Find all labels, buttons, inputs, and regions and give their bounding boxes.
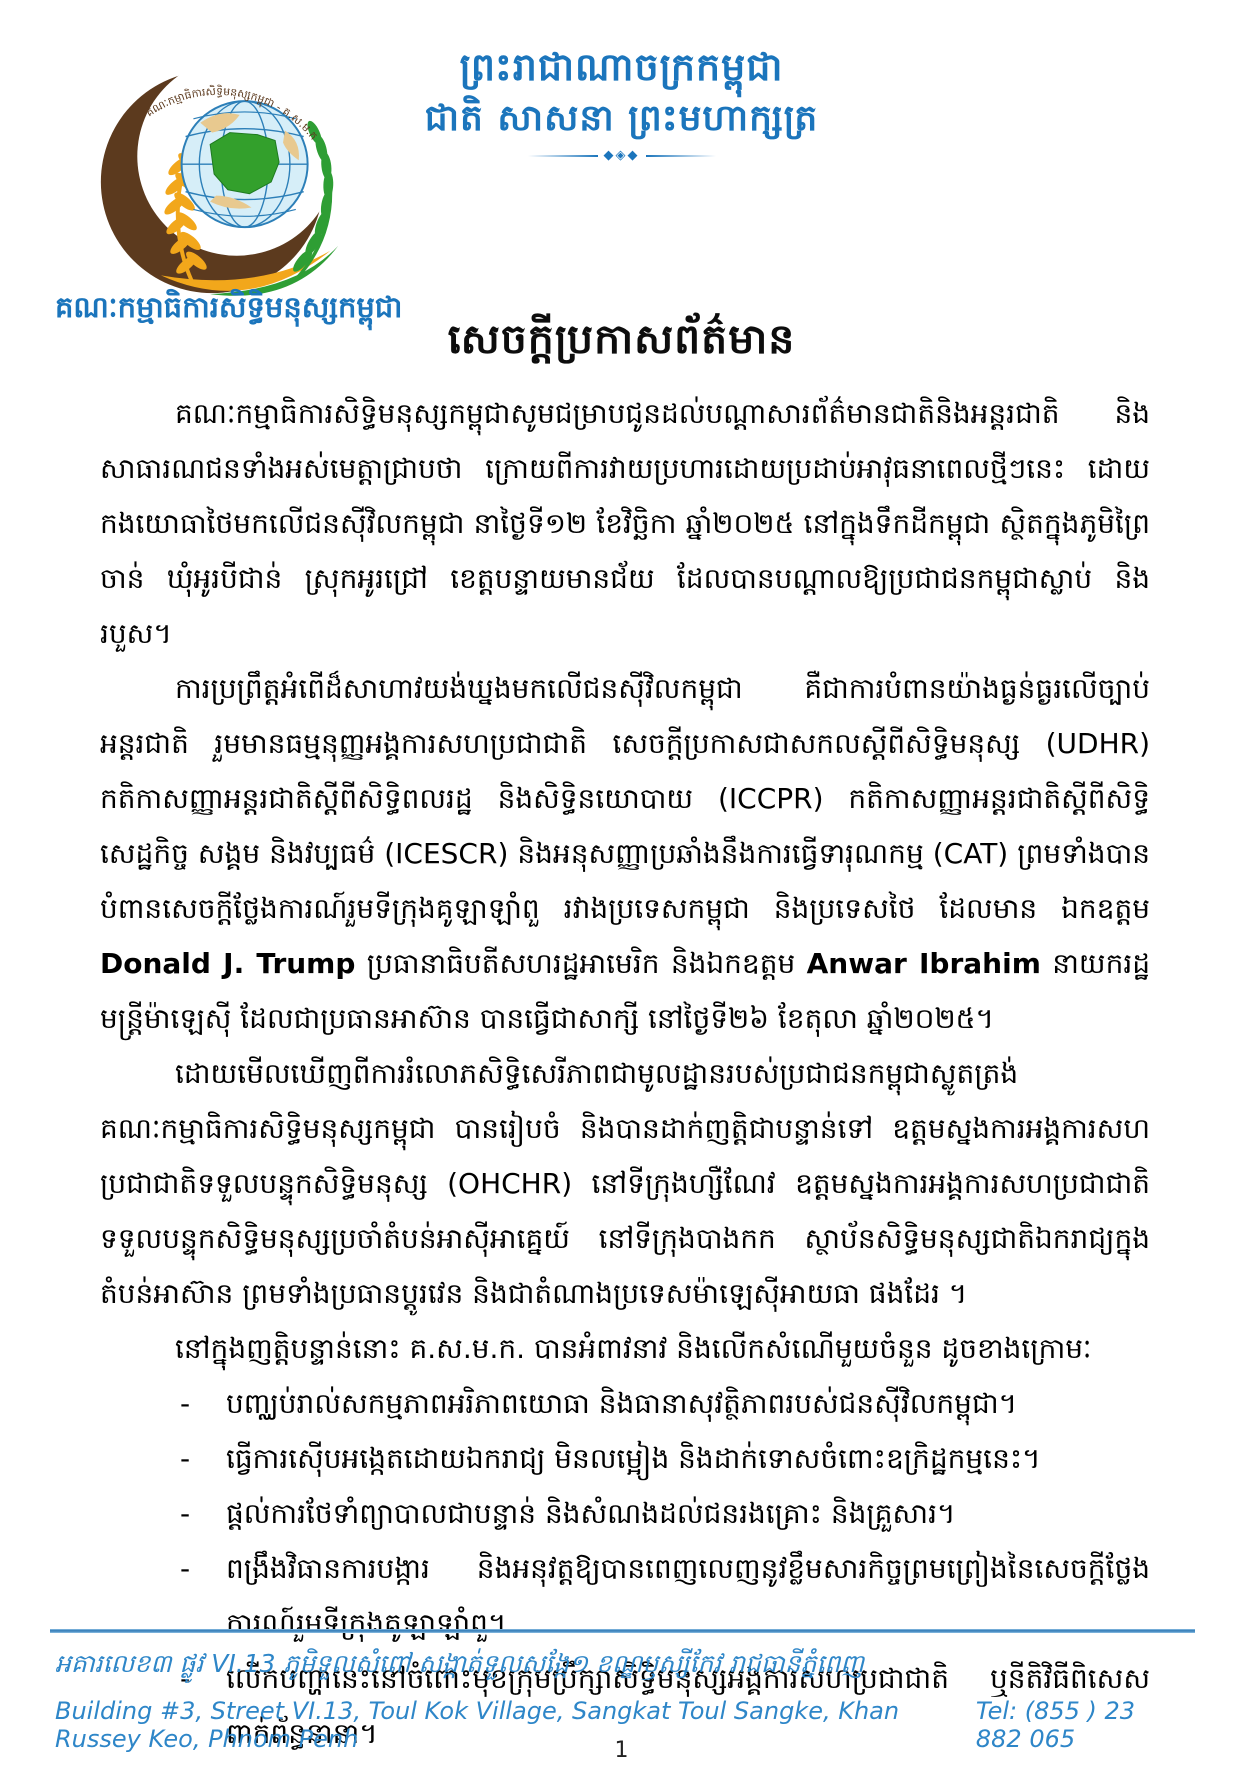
bullet-item: -ផ្តល់ការថែទាំព្យាបាលជាបន្ទាន់ និងសំណងដល… [180, 1486, 1150, 1541]
body-paragraph: ដោយមើលឃើញពីការរំលោភសិទ្ធិសេរីភាពជាមូលដ្ឋ… [100, 1046, 1150, 1321]
bullet-text: ផ្តល់ការថែទាំព្យាបាលជាបន្ទាន់ និងសំណងដល់… [226, 1486, 1150, 1541]
bullet-item: -បញ្ឈប់រាល់សកម្មភាពអរិភាពយោធា និងធានាសុវ… [180, 1376, 1150, 1431]
paragraph-text: គណៈកម្មាធិការសិទ្ធិមនុស្សកម្ពុជាសូមជម្រា… [100, 397, 1150, 650]
bold-name-text: Donald J. Trump [100, 947, 355, 980]
page-title: សេចក្តីប្រកាសព័ត៌មាន [0, 314, 1243, 374]
bullet-dash-marker: - [180, 1486, 226, 1541]
bullet-dash-marker: - [180, 1431, 226, 1486]
footer-divider [50, 1629, 1195, 1633]
bullet-text: ធ្វើការស៊ើបអង្កេតដោយឯករាជ្យ មិនលម្អៀង និ… [226, 1431, 1150, 1486]
body-paragraph: ការប្រព្រឹត្តអំពើដ៏សាហាវយង់ឃ្នងមកលើជនស៊ី… [100, 661, 1150, 1046]
bullet-text: ពង្រឹងវិធានការបង្ការ និងអនុវត្តឱ្យបានពេញ… [226, 1541, 1150, 1651]
paragraph-text: ប្រធានាធិបតីសហរដ្ឋអាមេរិក និងឯកឧត្តម [355, 947, 806, 980]
body-paragraphs: គណៈកម្មាធិការសិទ្ធិមនុស្សកម្ពុជាសូមជម្រា… [100, 386, 1150, 1376]
ornament-line-left [528, 155, 598, 157]
ornament-diamonds-icon: ◆◈◆ [604, 149, 640, 162]
bullet-text: បញ្ឈប់រាល់សកម្មភាពអរិភាពយោធា និងធានាសុវត… [226, 1376, 1150, 1431]
kingdom-title: ព្រះរាជាណាចក្រកម្ពុជា [0, 46, 1243, 90]
bullet-dash-marker: - [180, 1541, 226, 1596]
bullet-item: -ធ្វើការស៊ើបអង្កេតដោយឯករាជ្យ មិនលម្អៀង ន… [180, 1431, 1150, 1486]
body-paragraph: គណៈកម្មាធិការសិទ្ធិមនុស្សកម្ពុជាសូមជម្រា… [100, 386, 1150, 661]
bullet-item: -ពង្រឹងវិធានការបង្ការ និងអនុវត្តឱ្យបានពេ… [180, 1541, 1150, 1651]
bold-name-text: Anwar Ibrahim [807, 947, 1041, 980]
body-paragraph: នៅក្នុងញត្តិបន្ទាន់នោះ គ.ស.ម.ក. បានអំពាវ… [100, 1321, 1150, 1376]
kingdom-motto: ជាតិ សាសនា ព្រះមហាក្សត្រ [0, 98, 1243, 139]
kingdom-header: ព្រះរាជាណាចក្រកម្ពុជា ជាតិ សាសនា ព្រះមហា… [0, 46, 1243, 162]
footer-address-khmer: អគារលេខ៣ ផ្លូវ VI.13 ភូមិទួលសំពៅ សង្កាត់… [55, 1648, 1188, 1681]
document-page: គណៈកម្មាធិការសិទ្ធិមនុស្សកម្ពុជា - គ.ស.ម… [0, 0, 1243, 1777]
paragraph-text: ការប្រព្រឹត្តអំពើដ៏សាហាវយង់ឃ្នងមកលើជនស៊ី… [100, 672, 1150, 925]
header-ornament-divider: ◆◈◆ [0, 149, 1243, 162]
document-body: គណៈកម្មាធិការសិទ្ធិមនុស្សកម្ពុជាសូមជម្រា… [100, 386, 1150, 1761]
page-number: 1 [0, 1738, 1243, 1763]
ornament-line-right [646, 155, 716, 157]
paragraph-text: ដោយមើលឃើញពីការរំលោភសិទ្ធិសេរីភាពជាមូលដ្ឋ… [100, 1057, 1150, 1310]
paragraph-text: នៅក្នុងញត្តិបន្ទាន់នោះ គ.ស.ម.ក. បានអំពាវ… [175, 1332, 1092, 1365]
bullet-dash-marker: - [180, 1376, 226, 1431]
